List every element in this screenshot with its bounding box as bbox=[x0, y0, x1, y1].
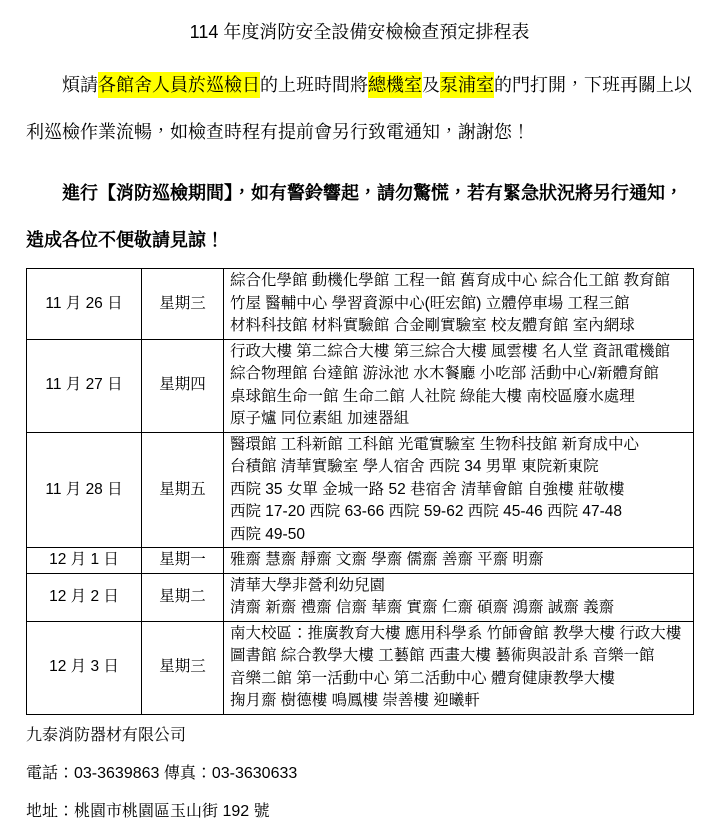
buildings-cell: 行政大樓 第二綜合大樓 第三綜合大樓 風雲樓 名人堂 資訊電機館綜合物理館 台達… bbox=[224, 339, 694, 432]
date-cell: 11 月 27 日 bbox=[27, 339, 142, 432]
building-line: 清齋 新齋 禮齋 信齋 華齋 實齋 仁齋 碩齋 鴻齋 誠齋 義齋 bbox=[230, 597, 687, 620]
intro-line-1: 煩請各館舍人員於巡檢日的上班時間將總機室及泵浦室的門打開，下班再關上以 bbox=[26, 62, 693, 109]
weekday-cell: 星期三 bbox=[142, 621, 224, 714]
schedule-table: 11 月 26 日星期三綜合化學館 動機化學館 工程一館 舊育成中心 綜合化工館… bbox=[26, 268, 694, 715]
weekday-cell: 星期四 bbox=[142, 339, 224, 432]
buildings-cell: 清華大學非營利幼兒園清齋 新齋 禮齋 信齋 華齋 實齋 仁齋 碩齋 鴻齋 誠齋 … bbox=[224, 573, 694, 621]
date-cell: 12 月 3 日 bbox=[27, 621, 142, 714]
building-line: 雅齋 慧齋 靜齋 文齋 學齋 儒齋 善齋 平齋 明齋 bbox=[230, 549, 687, 572]
date-cell: 11 月 28 日 bbox=[27, 432, 142, 548]
date-cell: 12 月 2 日 bbox=[27, 573, 142, 621]
buildings-cell: 雅齋 慧齋 靜齋 文齋 學齋 儒齋 善齋 平齋 明齋 bbox=[224, 548, 694, 574]
building-line: 綜合物理館 台達館 游泳池 水木餐廳 小吃部 活動中心/新體育館 bbox=[230, 363, 687, 386]
page-title: 114 年度消防安全設備安檢檢查預定排程表 bbox=[26, 20, 693, 44]
table-row: 11 月 28 日星期五醫環館 工科新館 工科館 光電實驗室 生物科技館 新育成… bbox=[27, 432, 694, 548]
date-cell: 11 月 26 日 bbox=[27, 269, 142, 340]
building-line: 西院 35 女單 金城一路 52 巷宿舍 清華會館 自強樓 莊敬樓 bbox=[230, 479, 687, 502]
weekday-cell: 星期一 bbox=[142, 548, 224, 574]
date-cell: 12 月 1 日 bbox=[27, 548, 142, 574]
building-line: 台積館 清華實驗室 學人宿舍 西院 34 男單 東院新東院 bbox=[230, 456, 687, 479]
building-line: 清華大學非營利幼兒園 bbox=[230, 575, 687, 598]
intro-line-2: 利巡檢作業流暢，如檢查時程有提前會另行致電通知，謝謝您！ bbox=[26, 109, 693, 156]
building-line: 南大校區：推廣教育大樓 應用科學系 竹師會館 教學大樓 行政大樓 bbox=[230, 623, 687, 646]
weekday-cell: 星期二 bbox=[142, 573, 224, 621]
building-line: 醫環館 工科新館 工科館 光電實驗室 生物科技館 新育成中心 bbox=[230, 434, 687, 457]
highlighted-text: 各館舍人員於巡檢日 bbox=[98, 72, 260, 98]
building-line: 原子爐 同位素組 加速器組 bbox=[230, 408, 687, 431]
plain-text: 的門打開，下班再關上以 bbox=[494, 75, 692, 95]
building-line: 行政大樓 第二綜合大樓 第三綜合大樓 風雲樓 名人堂 資訊電機館 bbox=[230, 341, 687, 364]
table-row: 11 月 27 日星期四行政大樓 第二綜合大樓 第三綜合大樓 風雲樓 名人堂 資… bbox=[27, 339, 694, 432]
table-row: 12 月 2 日星期二清華大學非營利幼兒園清齋 新齋 禮齋 信齋 華齋 實齋 仁… bbox=[27, 573, 694, 621]
building-line: 竹屋 醫輔中心 學習資源中心(旺宏館) 立體停車場 工程三館 bbox=[230, 293, 687, 316]
building-line: 圖書館 綜合教學大樓 工藝館 西畫大樓 藝術與設計系 音樂一館 bbox=[230, 645, 687, 668]
building-line: 西院 17-20 西院 63-66 西院 59-62 西院 45-46 西院 4… bbox=[230, 501, 687, 524]
document-page: 114 年度消防安全設備安檢檢查預定排程表 煩請各館舍人員於巡檢日的上班時間將總… bbox=[0, 0, 708, 830]
buildings-cell: 南大校區：推廣教育大樓 應用科學系 竹師會館 教學大樓 行政大樓圖書館 綜合教學… bbox=[224, 621, 694, 714]
notice-line-1: 進行【消防巡檢期間】，如有警鈴響起，請勿驚慌，若有緊急狀況將另行通知， bbox=[26, 170, 693, 217]
building-line: 西院 49-50 bbox=[230, 524, 687, 547]
weekday-cell: 星期五 bbox=[142, 432, 224, 548]
phone-fax-line: 電話：03-3639863 傳真：03-3630633 bbox=[26, 755, 693, 793]
buildings-cell: 綜合化學館 動機化學館 工程一館 舊育成中心 綜合化工館 教育館竹屋 醫輔中心 … bbox=[224, 269, 694, 340]
plain-text: 煩請 bbox=[62, 75, 98, 95]
building-line: 音樂二館 第一活動中心 第二活動中心 體育健康教學大樓 bbox=[230, 668, 687, 691]
notice-paragraph: 進行【消防巡檢期間】，如有警鈴響起，請勿驚慌，若有緊急狀況將另行通知， 造成各位… bbox=[26, 170, 693, 264]
building-line: 綜合化學館 動機化學館 工程一館 舊育成中心 綜合化工館 教育館 bbox=[230, 270, 687, 293]
highlighted-text: 泵浦室 bbox=[440, 72, 494, 98]
notice-line-2: 造成各位不便敬請見諒！ bbox=[26, 217, 693, 264]
footer: 九泰消防器材有限公司 電話：03-3639863 傳真：03-3630633 地… bbox=[26, 717, 693, 830]
building-line: 材料科技館 材料實驗館 合金剛實驗室 校友體育館 室內網球 bbox=[230, 315, 687, 338]
building-line: 掬月齋 樹德樓 鳴鳳樓 崇善樓 迎曦軒 bbox=[230, 690, 687, 713]
table-row: 12 月 1 日星期一雅齋 慧齋 靜齋 文齋 學齋 儒齋 善齋 平齋 明齋 bbox=[27, 548, 694, 574]
table-row: 11 月 26 日星期三綜合化學館 動機化學館 工程一館 舊育成中心 綜合化工館… bbox=[27, 269, 694, 340]
highlighted-text: 總機室 bbox=[368, 72, 422, 98]
address-line: 地址：桃園市桃園區玉山街 192 號 bbox=[26, 793, 693, 830]
intro-paragraph: 煩請各館舍人員於巡檢日的上班時間將總機室及泵浦室的門打開，下班再關上以 利巡檢作… bbox=[26, 62, 693, 156]
weekday-cell: 星期三 bbox=[142, 269, 224, 340]
plain-text: 及 bbox=[422, 75, 440, 95]
building-line: 桌球館生命一館 生命二館 人社院 綠能大樓 南校區廢水處理 bbox=[230, 386, 687, 409]
company-name: 九泰消防器材有限公司 bbox=[26, 717, 693, 755]
table-row: 12 月 3 日星期三南大校區：推廣教育大樓 應用科學系 竹師會館 教學大樓 行… bbox=[27, 621, 694, 714]
plain-text: 的上班時間將 bbox=[260, 75, 368, 95]
buildings-cell: 醫環館 工科新館 工科館 光電實驗室 生物科技館 新育成中心台積館 清華實驗室 … bbox=[224, 432, 694, 548]
